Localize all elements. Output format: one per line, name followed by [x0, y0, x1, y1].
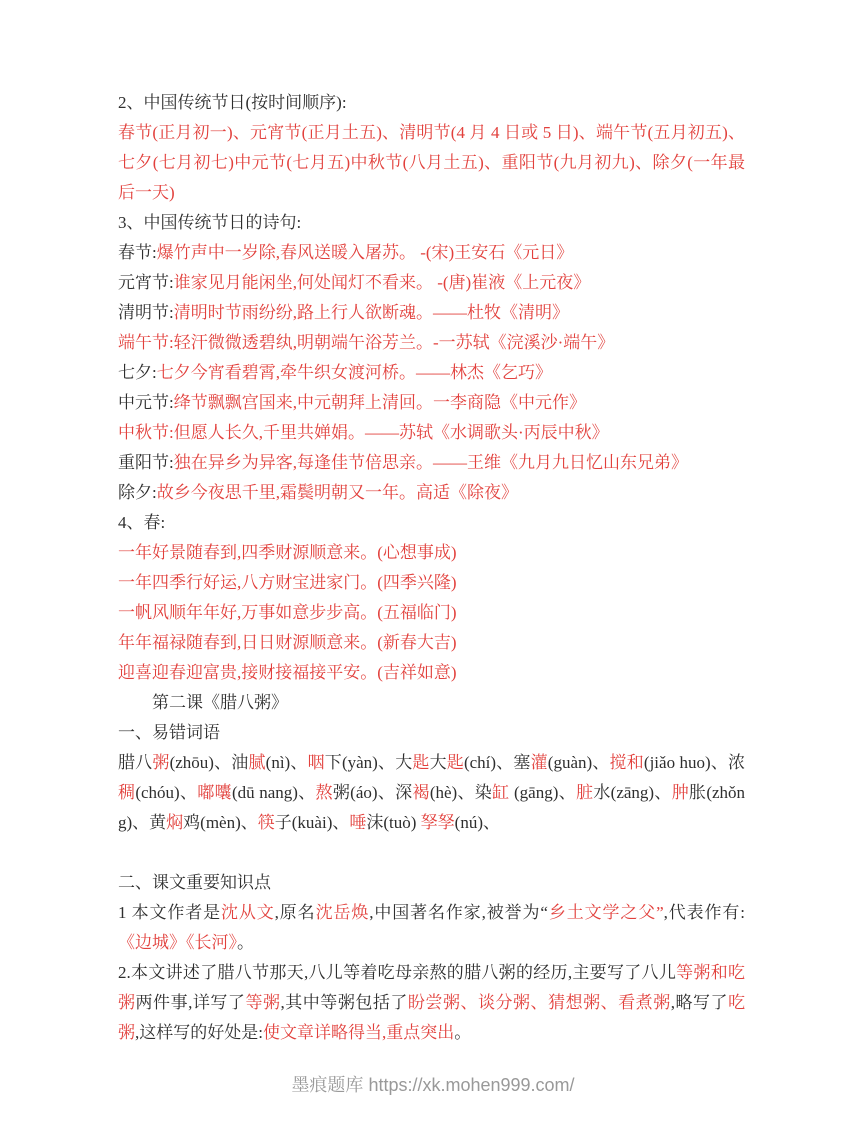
- text-span: 缸: [492, 783, 509, 802]
- text-span: (zhōu)、油: [170, 753, 249, 772]
- poem-qingming: 清明节:清明时节雨纷纷,路上行人欲断魂。——杜牧《清明》: [118, 298, 745, 328]
- text-span: 谁家见月能闲坐,何处闻灯不看来。 -(唐)崔液《上元夜》: [174, 273, 590, 292]
- poem-qixi: 七夕:七夕今宵看碧霄,牵牛织女渡河桥。——林杰《乞巧》: [118, 358, 745, 388]
- text-span: 鸡(mèn)、: [183, 813, 258, 832]
- text-span: 第二课《腊八粥》: [152, 693, 288, 712]
- heading-key-points: 二、课文重要知识点: [118, 868, 745, 898]
- couplet-line: 一年好景随春到,四季财源顺意来。(心想事成): [118, 538, 745, 568]
- text-span: 熬: [316, 783, 333, 802]
- text-span: 匙: [412, 753, 429, 772]
- text-span: 迎喜迎春迎富贵,接财接福接平安。(吉祥如意): [118, 663, 457, 682]
- text-span: 二、课文重要知识点: [118, 873, 271, 892]
- text-span: 等粥: [245, 993, 280, 1012]
- text-span: 爆竹声中一岁除,春风送暖入屠苏。 -(宋)王安石《元日》: [157, 243, 573, 262]
- text-span: 脏: [576, 783, 593, 802]
- text-span: 唾: [349, 813, 366, 832]
- text-span: 两件事,详写了: [136, 993, 246, 1012]
- text-span: (nú)、: [455, 813, 500, 832]
- text-span: (dū nang)、: [232, 783, 316, 802]
- text-span: 肿: [672, 783, 689, 802]
- text-span: 独在异乡为异客,每逢佳节倍思亲。——王维《九月九日忆山东兄弟》: [174, 453, 688, 472]
- footer-url: https://xk.mohen999.com/: [368, 1075, 574, 1095]
- text-span: 清明节:: [118, 303, 174, 322]
- text-span: 绛节飘飘宫国来,中元朝拜上清回。一李商隐《中元作》: [174, 393, 586, 412]
- text-span: 一年好景随春到,四季财源顺意来。(心想事成): [118, 543, 457, 562]
- text-span: (gāng)、: [509, 783, 576, 802]
- text-span: 4、春:: [118, 513, 165, 532]
- text-span: 1 本文作者是: [118, 903, 221, 922]
- text-span: (nì)、: [266, 753, 308, 772]
- text-span: 嘟囔: [197, 783, 232, 802]
- text-span: 一、易错词语: [118, 723, 220, 742]
- text-span: 沫(tuò): [366, 813, 420, 832]
- text-span: ,中国著名作家,被誉为“: [369, 903, 548, 922]
- couplet-line: 迎喜迎春迎富贵,接财接福接平安。(吉祥如意): [118, 658, 745, 688]
- text-span: 中元节:: [118, 393, 174, 412]
- couplet-line: 一年四季行好运,八方财宝进家门。(四季兴隆): [118, 568, 745, 598]
- text-span: (jiǎo huo)、浓: [644, 753, 745, 772]
- text-span: 盼尝粥、谈分粥、猜想粥、看煮粥: [408, 993, 671, 1012]
- text-span: 七夕今宵看碧霄,牵牛织女渡河桥。——林杰《乞巧》: [157, 363, 552, 382]
- text-span: 匙: [447, 753, 464, 772]
- text-span: 子(kuài)、: [275, 813, 350, 832]
- text-span: 除夕:: [118, 483, 157, 502]
- text-span: 年年福禄随春到,日日财源顺意来。(新春大吉): [118, 633, 457, 652]
- text-span: 粥: [152, 753, 169, 772]
- heading-chun: 4、春:: [118, 508, 745, 538]
- text-span: 乡土文学之父”: [548, 903, 664, 922]
- text-span: 《边城》《长河》: [118, 933, 237, 952]
- text-span: 春节(正月初一)、元宵节(正月土五)、清明节(4 月 4 日或 5 日)、端午节…: [118, 123, 745, 202]
- poem-chuxi: 除夕:故乡今夜思千里,霜鬓明朝又一年。高适《除夜》: [118, 478, 745, 508]
- text-span: (chí)、塞: [464, 753, 531, 772]
- text-span: 沈从文: [221, 903, 275, 922]
- text-span: 稠: [118, 783, 135, 802]
- text-span: 一帆风顺年年好,万事如意步步高。(五福临门): [118, 603, 457, 622]
- text-span: 大: [430, 753, 447, 772]
- document-page: 2、中国传统节日(按时间顺序):春节(正月初一)、元宵节(正月土五)、清明节(4…: [0, 0, 866, 1122]
- text-span: ,这样写的好处是:: [135, 1023, 263, 1042]
- text-span: 腻: [248, 753, 265, 772]
- text-span: 重阳节:: [118, 453, 174, 472]
- text-span: 2、中国传统节日(按时间顺序):: [118, 93, 347, 112]
- text-span: 2.本文讲述了腊八节那天,八儿等着吃母亲熬的腊八粥的经历,主要写了八儿: [118, 963, 676, 982]
- word-list: 腊八粥(zhōu)、油腻(nì)、咽下(yàn)、大匙大匙(chí)、塞灌(gu…: [118, 748, 745, 838]
- text-span: 七夕:: [118, 363, 157, 382]
- poem-chunjie: 春节:爆竹声中一岁除,春风送暖入屠苏。 -(宋)王安石《元日》: [118, 238, 745, 268]
- text-span: 。: [237, 933, 254, 952]
- text-span: 筷: [258, 813, 275, 832]
- text-span: 灌: [531, 753, 548, 772]
- text-span: 使文章详略得当,重点突出: [263, 1023, 454, 1042]
- text-span: 沈岳焕: [316, 903, 370, 922]
- text-span: 清明时节雨纷纷,路上行人欲断魂。——杜牧《清明》: [174, 303, 569, 322]
- text-span: 水(zāng)、: [593, 783, 671, 802]
- key-point-1: 1 本文作者是沈从文,原名沈岳焕,中国著名作家,被誉为“乡土文学之父”,代表作有…: [118, 898, 745, 958]
- text-span: 故乡今夜思千里,霜鬓明朝又一年。高适《除夜》: [157, 483, 518, 502]
- footer-site-name: 墨痕题库: [291, 1075, 363, 1095]
- couplet-line: 年年福禄随春到,日日财源顺意来。(新春大吉): [118, 628, 745, 658]
- text-span: 一年四季行好运,八方财宝进家门。(四季兴隆): [118, 573, 457, 592]
- heading-festivals-order: 2、中国传统节日(按时间顺序):: [118, 88, 745, 118]
- text-span: 褐: [412, 783, 429, 802]
- text-span: 搅和: [610, 753, 644, 772]
- text-span: (hè)、染: [430, 783, 492, 802]
- document-body: 2、中国传统节日(按时间顺序):春节(正月初一)、元宵节(正月土五)、清明节(4…: [118, 88, 745, 1048]
- text-span: 下(yàn)、大: [325, 753, 413, 772]
- heading-error-prone-words: 一、易错词语: [118, 718, 745, 748]
- text-span: (guàn)、: [548, 753, 610, 772]
- poem-chongyang: 重阳节:独在异乡为异客,每逢佳节倍思亲。——王维《九月九日忆山东兄弟》: [118, 448, 745, 478]
- key-point-2: 2.本文讲述了腊八节那天,八儿等着吃母亲熬的腊八粥的经历,主要写了八儿等粥和吃粥…: [118, 958, 745, 1048]
- text-span: 端午节:轻汗微微透碧纨,明朝端午浴芳兰。-一苏轼《浣溪沙·端午》: [118, 333, 614, 352]
- text-span: 春节:: [118, 243, 157, 262]
- poem-zhongyuan: 中元节:绛节飘飘宫国来,中元朝拜上清回。一李商隐《中元作》: [118, 388, 745, 418]
- text-span: 中秋节:但愿人长久,千里共婵娟。——苏轼《水调歌头·丙辰中秋》: [118, 423, 609, 442]
- text-span: 咽: [308, 753, 325, 772]
- text-span: 粥(áo)、深: [333, 783, 413, 802]
- text-span: ,略写了: [671, 993, 728, 1012]
- text-span: ,代表作有:: [664, 903, 745, 922]
- footer: 墨痕题库 https://xk.mohen999.com/: [0, 1074, 866, 1096]
- text-span: ,其中等粥包括了: [280, 993, 407, 1012]
- poem-duanwu: 端午节:轻汗微微透碧纨,明朝端午浴芳兰。-一苏轼《浣溪沙·端午》: [118, 328, 745, 358]
- text-span: ,原名: [275, 903, 316, 922]
- text-span: 孥孥: [421, 813, 455, 832]
- heading-festival-poems: 3、中国传统节日的诗句:: [118, 208, 745, 238]
- text-span: 元宵节:: [118, 273, 174, 292]
- spacer: [118, 838, 745, 868]
- poem-yuanxiao: 元宵节:谁家见月能闲坐,何处闻灯不看来。 -(唐)崔液《上元夜》: [118, 268, 745, 298]
- text-span: 焖: [166, 813, 183, 832]
- couplet-line: 一帆风顺年年好,万事如意步步高。(五福临门): [118, 598, 745, 628]
- text-span: 。: [454, 1023, 471, 1042]
- lesson-title: 第二课《腊八粥》: [118, 688, 745, 718]
- festival-list: 春节(正月初一)、元宵节(正月土五)、清明节(4 月 4 日或 5 日)、端午节…: [118, 118, 745, 208]
- text-span: (chóu)、: [135, 783, 197, 802]
- text-span: 腊八: [118, 753, 152, 772]
- poem-zhongqiu: 中秋节:但愿人长久,千里共婵娟。——苏轼《水调歌头·丙辰中秋》: [118, 418, 745, 448]
- text-span: 3、中国传统节日的诗句:: [118, 213, 301, 232]
